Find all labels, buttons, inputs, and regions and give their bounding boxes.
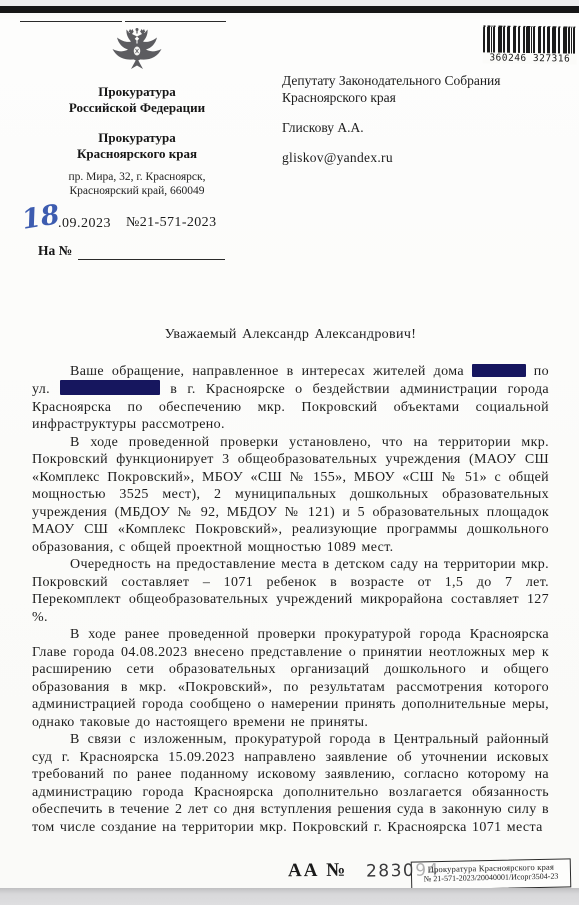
addressee-email: gliskov@yandex.ru <box>282 149 562 166</box>
org-address: пр. Мира, 32, г. Красноярск, Красноярски… <box>8 171 266 198</box>
coat-of-arms-icon <box>109 28 165 78</box>
blank-series-label: АА № <box>288 860 348 883</box>
outgoing-number: №21-571-2023 <box>126 215 216 231</box>
redaction-house-number <box>472 364 526 377</box>
printed-date: .09.2023 <box>58 216 111 232</box>
body-paragraph-1: Ваше обращение, направленное в интересах… <box>32 363 549 434</box>
scan-top-edge <box>0 6 579 13</box>
number-underline <box>125 21 226 22</box>
paragraph-text: Ваше обращение, направленное в интересах… <box>70 364 464 379</box>
incoming-ref-underline <box>78 259 225 260</box>
scanned-letter: Прокуратура Российской Федерации Прокура… <box>0 0 579 905</box>
org-name-federal: Прокуратура Российской Федерации <box>8 84 266 115</box>
org-name-regional: Прокуратура Красноярского края <box>8 130 266 161</box>
date-line: 18 .09.2023 №21-571-2023 <box>0 212 300 238</box>
incoming-ref-label: На № <box>38 243 72 259</box>
body-paragraph-3: Очередность на предоставление места в де… <box>32 556 549 626</box>
addressee-org: Депутату Законодательного Собрания Красн… <box>282 72 562 106</box>
date-underline <box>20 21 122 22</box>
stamp-number-line: № 21-571-2023/20040001/Исорг3504-23 <box>412 871 570 884</box>
letter-body: Уважаемый Александр Александрович! Ваше … <box>32 326 549 836</box>
body-paragraph-2: В ходе проведенной проверки установлено,… <box>32 434 549 557</box>
registration-stamp: Прокуратура Красноярского края № 21-571-… <box>411 858 572 890</box>
redaction-street-name <box>60 380 160 395</box>
addressee-name: Глискову А.А. <box>282 119 562 136</box>
body-paragraph-4: В ходе ранее проведенной проверки прокур… <box>32 626 549 731</box>
barcode: 360246 327316 <box>483 25 578 64</box>
barcode-bars-icon <box>483 25 577 55</box>
scan-bottom-edge <box>0 888 579 905</box>
letterhead: Прокуратура Российской Федерации Прокура… <box>8 28 266 198</box>
body-paragraph-5: В связи с изложенным, прокуратурой город… <box>32 731 549 836</box>
addressee-block: Депутату Законодательного Собрания Красн… <box>282 72 562 166</box>
handwritten-day: 18 <box>20 199 62 235</box>
barcode-digits: 360246 327316 <box>483 52 577 64</box>
salutation: Уважаемый Александр Александрович! <box>32 326 549 344</box>
